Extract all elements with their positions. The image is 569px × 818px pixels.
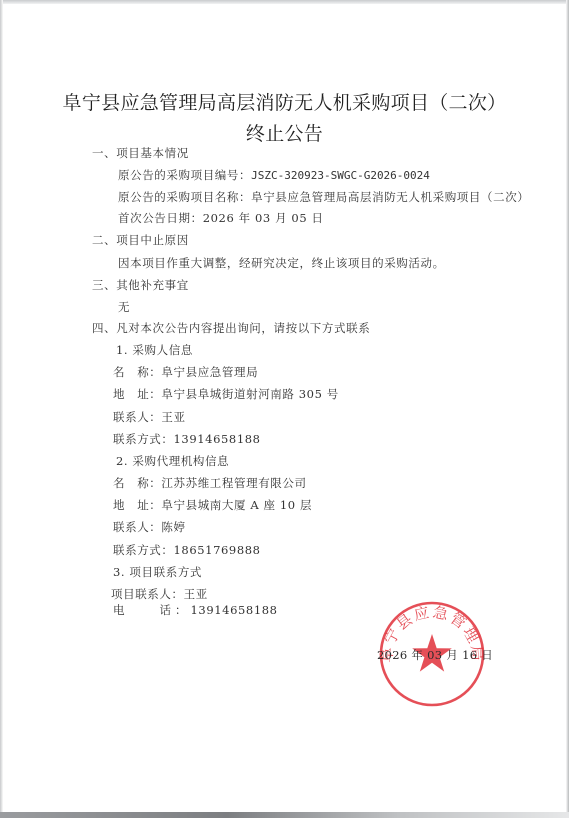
agency-contact: 联系人：陈婷 (113, 519, 186, 535)
purchaser-address-value: 阜宁县阜城街道射河南路 305 号 (161, 387, 338, 401)
agency-phone: 联系方式：18651769888 (113, 542, 261, 558)
scan-edge-top (0, 0, 569, 4)
date-value: 2026 年 03 月 05 日 (203, 211, 324, 225)
field-label: 名 称： (113, 365, 161, 379)
project-number-value: JSZC-320923-SWGC-G2026-0024 (251, 169, 430, 182)
purchaser-contact: 联系人：王亚 (113, 409, 186, 425)
document-title: 阜宁县应急管理局高层消防无人机采购项目（二次） (0, 88, 569, 115)
original-project-name: 原公告的采购项目名称：阜宁县应急管理局高层消防无人机采购项目（二次） (118, 189, 529, 205)
other-matters-text: 无 (118, 299, 130, 315)
project-name-value: 阜宁县应急管理局高层消防无人机采购项目（二次） (251, 190, 529, 204)
field-label: 地 址： (113, 387, 161, 401)
field-label: 联系人： (113, 520, 161, 534)
purchaser-phone-value: 13914658188 (174, 432, 261, 446)
project-contact-subheading: 3. 项目联系方式 (113, 564, 202, 580)
field-label: 联系方式： (113, 543, 174, 557)
project-contact-value: 王亚 (184, 587, 208, 601)
agency-contact-value: 陈婷 (161, 520, 185, 534)
scan-edge-bottom (0, 812, 569, 818)
purchaser-phone: 联系方式：13914658188 (113, 431, 261, 447)
termination-reason: 因本项目作重大调整，经研究决定，终止该项目的采购活动。 (118, 255, 445, 271)
purchaser-contact-value: 王亚 (161, 410, 185, 424)
field-label: 电 话： (113, 603, 191, 617)
agency-name: 名 称：江苏苏维工程管理有限公司 (113, 475, 307, 491)
agency-subheading: 2. 采购代理机构信息 (116, 453, 229, 469)
section-heading-reason: 二、项目中止原因 (92, 232, 189, 248)
field-label: 地 址： (113, 498, 161, 512)
purchaser-name: 名 称：阜宁县应急管理局 (113, 364, 258, 380)
field-label: 项目联系人： (111, 587, 184, 601)
agency-address-value: 阜宁县城南大厦 A 座 10 层 (161, 498, 312, 512)
purchaser-subheading: 1. 采购人信息 (116, 342, 193, 358)
section-heading-other: 三、其他补充事宜 (92, 277, 189, 293)
field-label: 名 称： (113, 476, 161, 490)
agency-phone-value: 18651769888 (174, 543, 261, 557)
project-contact-person: 项目联系人：王亚 (111, 586, 208, 602)
field-label: 联系方式： (113, 432, 174, 446)
signature-date: 2026 年 03 月 16 日 (377, 647, 493, 663)
agency-name-value: 江苏苏维工程管理有限公司 (161, 476, 306, 490)
section-heading-basic-info: 一、项目基本情况 (92, 145, 189, 161)
first-announcement-date: 首次公告日期：2026 年 03 月 05 日 (118, 210, 324, 226)
section-heading-contact: 四、凡对本次公告内容提出询问，请按以下方式联系 (92, 320, 370, 336)
purchaser-name-value: 阜宁县应急管理局 (161, 365, 258, 379)
project-contact-phone: 电 话：13914658188 (113, 602, 278, 618)
purchaser-address: 地 址：阜宁县阜城街道射河南路 305 号 (113, 386, 339, 402)
field-label: 原公告的采购项目编号： (118, 168, 251, 182)
field-label: 联系人： (113, 410, 161, 424)
agency-address: 地 址：阜宁县城南大厦 A 座 10 层 (113, 497, 312, 513)
field-label: 原公告的采购项目名称： (118, 190, 251, 204)
project-phone-value: 13914658188 (191, 603, 278, 617)
original-project-number: 原公告的采购项目编号：JSZC-320923-SWGC-G2026-0024 (118, 167, 430, 183)
document-page: 阜宁县应急管理局高层消防无人机采购项目（二次） 终止公告 一、项目基本情况 原公… (0, 0, 569, 818)
document-subtitle: 终止公告 (0, 119, 569, 146)
field-label: 首次公告日期： (118, 211, 203, 225)
